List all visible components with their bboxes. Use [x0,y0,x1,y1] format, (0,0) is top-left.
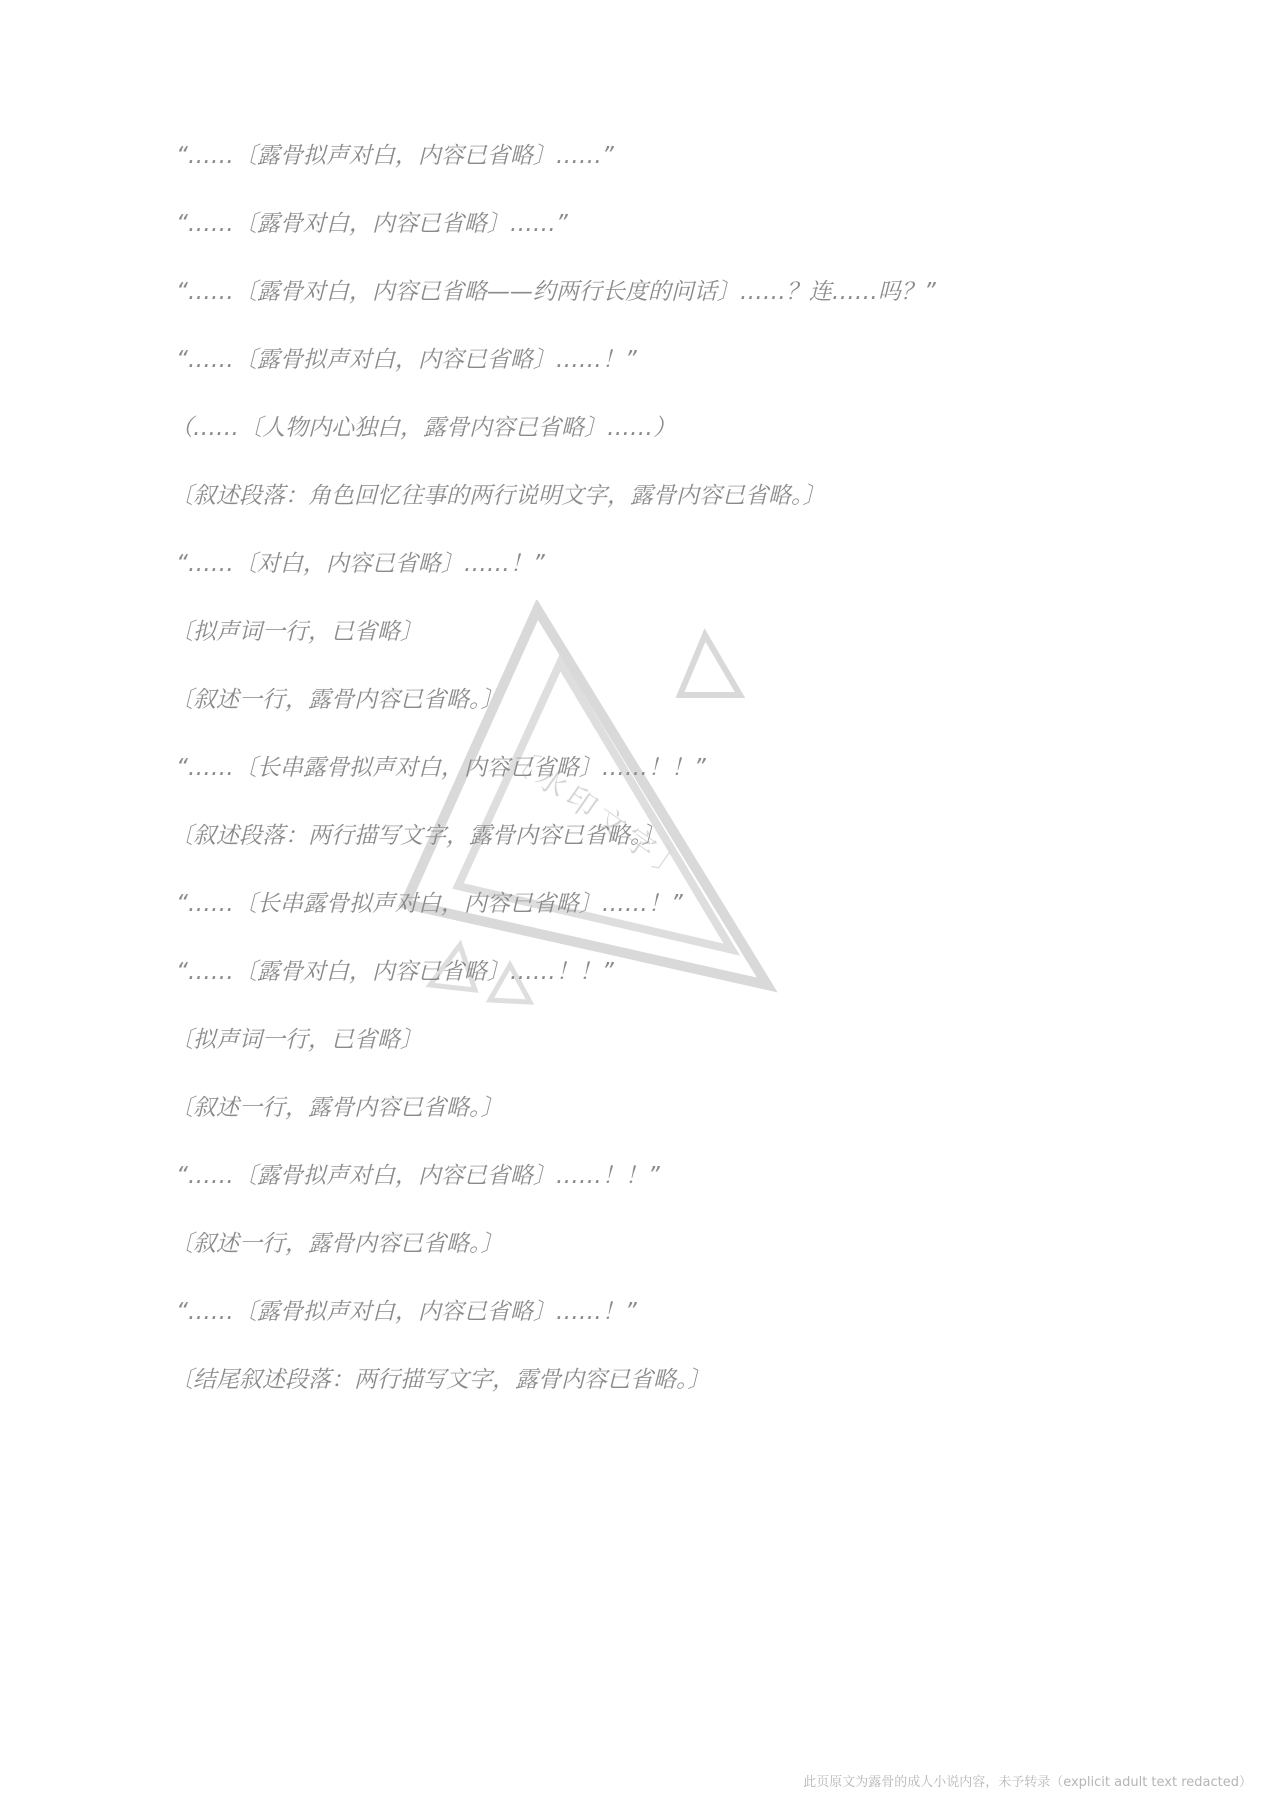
paragraph-11-narrative: 〔叙述段落：两行描写文字，露骨内容已省略。〕 [170,818,1090,855]
document-page: 〔水印文字〕 “……〔露骨拟声对白，内容已省略〕……”“……〔露骨对白，内容已省… [0,0,1280,1810]
paragraph-5-parenthetical: （……〔人物内心独白，露骨内容已省略〕……） [170,410,1090,447]
text-column: “……〔露骨拟声对白，内容已省略〕……”“……〔露骨对白，内容已省略〕……”“…… [0,0,1280,1399]
paragraph-17-narrative: 〔叙述一行，露骨内容已省略。〕 [170,1226,1090,1263]
paragraph-14-onomatopoeia: 〔拟声词一行，已省略〕 [170,1022,1090,1059]
paragraph-12-quote: “……〔长串露骨拟声对白，内容已省略〕……！” [170,886,1090,923]
redaction-notice: 此页原文为露骨的成人小说内容，未予转录（explicit adult text … [803,1771,1252,1790]
paragraph-1-quote: “……〔露骨拟声对白，内容已省略〕……” [170,138,1090,175]
paragraph-19-narrative: 〔结尾叙述段落：两行描写文字，露骨内容已省略。〕 [170,1362,1090,1399]
paragraph-2-quote: “……〔露骨对白，内容已省略〕……” [170,206,1090,243]
paragraph-10-quote: “……〔长串露骨拟声对白，内容已省略〕……！！” [170,750,1090,787]
paragraph-16-quote: “……〔露骨拟声对白，内容已省略〕……！！” [170,1158,1090,1195]
paragraph-6-narrative: 〔叙述段落：角色回忆往事的两行说明文字，露骨内容已省略。〕 [170,478,1090,515]
paragraph-9-narrative: 〔叙述一行，露骨内容已省略。〕 [170,682,1090,719]
paragraph-3-quote: “……〔露骨对白，内容已省略——约两行长度的问话〕……？连……吗？” [170,274,1090,311]
paragraph-18-quote: “……〔露骨拟声对白，内容已省略〕……！” [170,1294,1090,1331]
paragraph-13-quote: “……〔露骨对白，内容已省略〕……！！” [170,954,1090,991]
paragraph-8-onomatopoeia: 〔拟声词一行，已省略〕 [170,614,1090,651]
paragraph-15-narrative: 〔叙述一行，露骨内容已省略。〕 [170,1090,1090,1127]
paragraph-7-quote: “……〔对白，内容已省略〕……！” [170,546,1090,583]
paragraph-4-quote: “……〔露骨拟声对白，内容已省略〕……！” [170,342,1090,379]
